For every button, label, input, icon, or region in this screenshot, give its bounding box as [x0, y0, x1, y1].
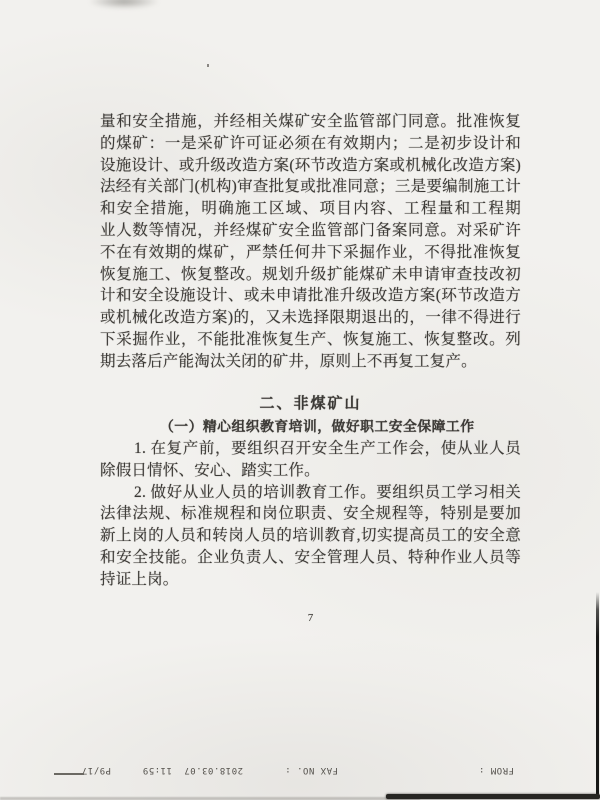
text-line: 法律法规、标准规程和岗位职责、安全规程等，特别是要加强对: [100, 503, 521, 525]
document-body: 量和安全措施，并经相关煤矿安全监管部门同意。批准恢复施工 的煤矿：一是采矿许可证…: [100, 111, 521, 591]
fax-header-upside-down: FROM : FAX NO. : 2018.03.07 11:59 P9/17: [0, 757, 600, 783]
scanned-fax-page: { "colors": { "paper": "#f2f1ee", "ink":…: [0, 0, 600, 800]
text-line: 新上岗的人员和转岗人员的培训教育,切实提高员工的安全意识: [100, 525, 521, 547]
section-heading: 二、非煤矿山: [100, 394, 521, 416]
text-line: 业人数等情况，并经煤矿安全监管部门备案同意。对采矿许可证: [100, 220, 521, 242]
subsection-heading: （一）精心组织教育培训，做好职工安全保障工作: [100, 416, 521, 438]
scan-smudge: [88, 0, 160, 9]
text-line: 不在有效期的煤矿，严禁任何井下采掘作业，不得批准恢复生产、: [100, 242, 521, 264]
text-line: 或机械化改造方案)的，又未选择限期退出的，一律不得进行井: [100, 307, 521, 329]
fax-from-label: FROM :: [478, 765, 514, 775]
fax-number-label: FAX NO. :: [285, 765, 338, 775]
fax-page-indicator: P9/17: [81, 765, 111, 775]
text-line: 持证上岗。: [100, 569, 521, 591]
fax-datetime: 2018.03.07 11:59: [142, 765, 243, 775]
text-line: 和安全技能。企业负责人、安全管理人员、特种作业人员等必须: [100, 547, 521, 569]
blank-line: [100, 373, 521, 395]
text-line: 1. 在复产前，要组织召开安全生产工作会，使从业人员消: [100, 438, 521, 460]
scan-speck: [207, 64, 209, 67]
page-number: 7: [100, 612, 521, 624]
text-line: 2. 做好从业人员的培训教育工作。要组织员工学习相关的: [100, 482, 521, 504]
text-line: 和安全措施，明确施工区域、项目内容、工程量和工程期限、作: [100, 198, 521, 220]
text-line: 的煤矿：一是采矿许可证必须在有效期内；二是初步设计和安全: [100, 133, 521, 155]
text-line: 法经有关部门(机构)审查批复或批准同意；三是要编制施工计划: [100, 176, 521, 198]
text-line: 下采掘作业，不能批准恢复生产、恢复施工、恢复整改。列入近: [100, 329, 521, 351]
text-line: 量和安全措施，并经相关煤矿安全监管部门同意。批准恢复施工: [100, 111, 521, 133]
text-line: 除假日情怀、安心、踏实工作。: [100, 460, 521, 482]
text-line: 设施设计、或升级改造方案(环节改造方案或机械化改造方案)依: [100, 155, 521, 177]
fax-underline-mark: [54, 773, 84, 775]
scan-edge-line: [596, 592, 599, 797]
text-line: 计和安全设施设计、或未申请批准升级改造方案(环节改造方案: [100, 285, 521, 307]
scan-bottom-shadow: [386, 794, 600, 799]
text-line: 期去落后产能淘汰关闭的矿井，原则上不再复工复产。: [100, 351, 521, 373]
text-line: 恢复施工、恢复整改。规划升级扩能煤矿未申请审查技改初步设: [100, 264, 521, 286]
